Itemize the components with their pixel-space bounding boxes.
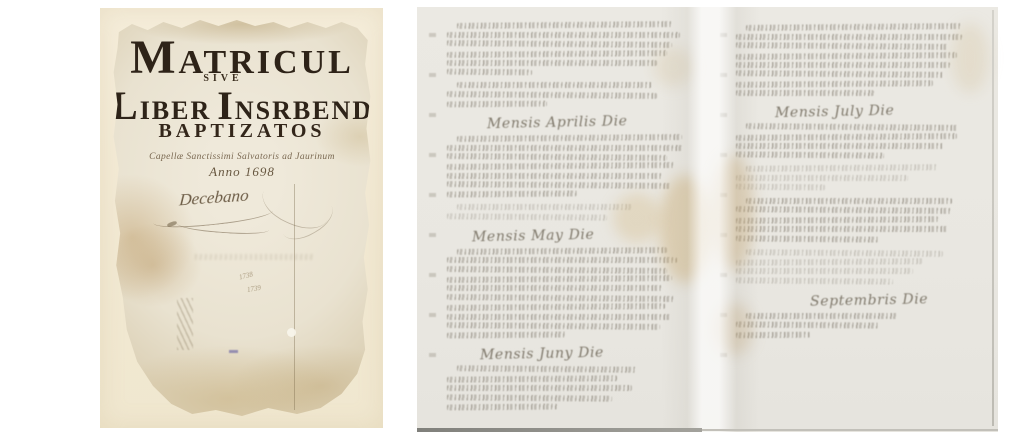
handwritten-line xyxy=(457,134,682,142)
handwritten-line xyxy=(447,303,665,311)
handwritten-line xyxy=(746,164,938,172)
handwritten-line xyxy=(736,207,953,215)
handwritten-line xyxy=(447,275,672,283)
handwritten-line xyxy=(736,62,950,68)
handwritten-line xyxy=(746,23,963,31)
ink-bleedthrough xyxy=(195,254,315,260)
handwritten-line xyxy=(746,249,943,257)
handwritten-line xyxy=(736,216,938,224)
handwritten-line xyxy=(736,226,948,232)
handwritten-line xyxy=(447,162,675,170)
archival-photographs: MATRICUL SIVE LIBERINSRBEND BAPTIZATOS C… xyxy=(0,0,1030,440)
handwritten-line xyxy=(457,82,652,88)
register-entry-block xyxy=(447,135,697,197)
month-heading: Mensis Juny Die xyxy=(479,343,697,364)
register-entry-block xyxy=(447,366,697,410)
handwritten-line xyxy=(736,175,908,181)
dedication-line: Capellæ Sanctissimi Salvatoris ad Jaurin… xyxy=(111,152,373,162)
handwritten-line xyxy=(447,375,617,382)
handwritten-line xyxy=(447,91,657,99)
margin-entry-numbers xyxy=(720,33,727,392)
book-edge xyxy=(702,429,998,431)
month-heading: Mensis May Die xyxy=(472,225,697,246)
handwritten-line xyxy=(736,331,810,338)
margin-entry-numbers xyxy=(429,33,436,392)
handwritten-line xyxy=(457,204,632,210)
register-entry-block xyxy=(447,248,697,339)
handwritten-line xyxy=(736,42,948,50)
register-spread-photo: Mensis Aprilis DieMensis May DieMensis J… xyxy=(417,7,998,432)
handwritten-line xyxy=(447,322,660,330)
handwritten-line xyxy=(736,34,962,40)
handwritten-line xyxy=(736,235,879,242)
handwritten-line xyxy=(447,40,672,48)
handwritten-line xyxy=(447,294,675,302)
handwritten-line xyxy=(736,143,943,149)
handwritten-line xyxy=(447,403,557,410)
ink-flourish xyxy=(177,217,270,236)
register-entry-block xyxy=(736,250,982,284)
paper-hole xyxy=(287,328,296,337)
handwritten-line xyxy=(746,123,958,131)
handwritten-line xyxy=(736,90,874,96)
anno-line: Anno 1698 xyxy=(111,164,373,180)
handwritten-line xyxy=(447,213,607,220)
handwritten-line xyxy=(447,332,567,339)
handwritten-line xyxy=(736,258,923,266)
handwritten-line xyxy=(746,198,953,204)
handwritten-line xyxy=(736,184,825,191)
register-entry-block xyxy=(736,198,982,242)
title-page-photo: MATRICUL SIVE LIBERINSRBEND BAPTIZATOS C… xyxy=(100,8,383,428)
handwritten-line xyxy=(447,394,612,401)
page-edge xyxy=(992,10,994,426)
handwritten-line xyxy=(447,69,532,76)
register-entry-block xyxy=(447,22,697,75)
paper-crease xyxy=(294,184,295,410)
register-entry-block xyxy=(447,82,697,107)
handwritten-line xyxy=(447,145,682,151)
register-entry-block xyxy=(736,24,982,96)
blue-stamp-remnant xyxy=(229,350,238,353)
book-edge-shadow xyxy=(417,428,702,432)
handwritten-line xyxy=(736,52,957,60)
handwritten-line xyxy=(447,32,680,38)
register-page-right: Mensis July DieSeptembris Die xyxy=(710,7,998,432)
handwritten-line xyxy=(447,257,677,263)
handwritten-line xyxy=(447,181,670,189)
handwritten-line xyxy=(736,268,913,274)
handwritten-line xyxy=(447,173,662,179)
handwritten-line xyxy=(447,285,662,291)
pencil-mark: 1738 xyxy=(238,270,254,281)
handwritten-line xyxy=(736,70,943,78)
handwritten-line xyxy=(447,385,632,391)
register-entry-block xyxy=(736,165,982,190)
handwritten-line xyxy=(447,60,657,66)
handwritten-line xyxy=(736,322,879,329)
handwritten-line xyxy=(736,152,884,159)
handwritten-line xyxy=(457,21,672,29)
handwritten-line xyxy=(736,277,893,284)
month-heading: Septembris Die xyxy=(810,290,983,310)
handwritten-line xyxy=(746,313,899,319)
handwritten-line xyxy=(447,266,667,274)
month-heading: Mensis Aprilis Die xyxy=(487,112,697,132)
handwritten-line xyxy=(447,314,670,320)
register-entry-block xyxy=(447,204,697,219)
manuscript-title-page: MATRICUL SIVE LIBERINSRBEND BAPTIZATOS C… xyxy=(111,16,373,418)
register-entry-block xyxy=(736,124,982,158)
handwritten-line xyxy=(736,80,933,88)
handwritten-line xyxy=(736,133,957,141)
faint-scribble xyxy=(177,298,193,350)
handwritten-line xyxy=(447,101,547,108)
handwritten-line xyxy=(447,191,577,198)
title-baptizatos: BAPTIZATOS xyxy=(111,120,373,143)
register-page-left: Mensis Aprilis DieMensis May DieMensis J… xyxy=(417,7,709,432)
pencil-mark: 1739 xyxy=(246,284,261,294)
handwritten-line xyxy=(447,153,667,161)
month-heading: Mensis July Die xyxy=(775,101,982,121)
handwritten-line xyxy=(447,50,667,58)
register-entry-block xyxy=(736,313,982,338)
handwritten-line xyxy=(457,366,637,374)
handwritten-line xyxy=(457,247,667,255)
